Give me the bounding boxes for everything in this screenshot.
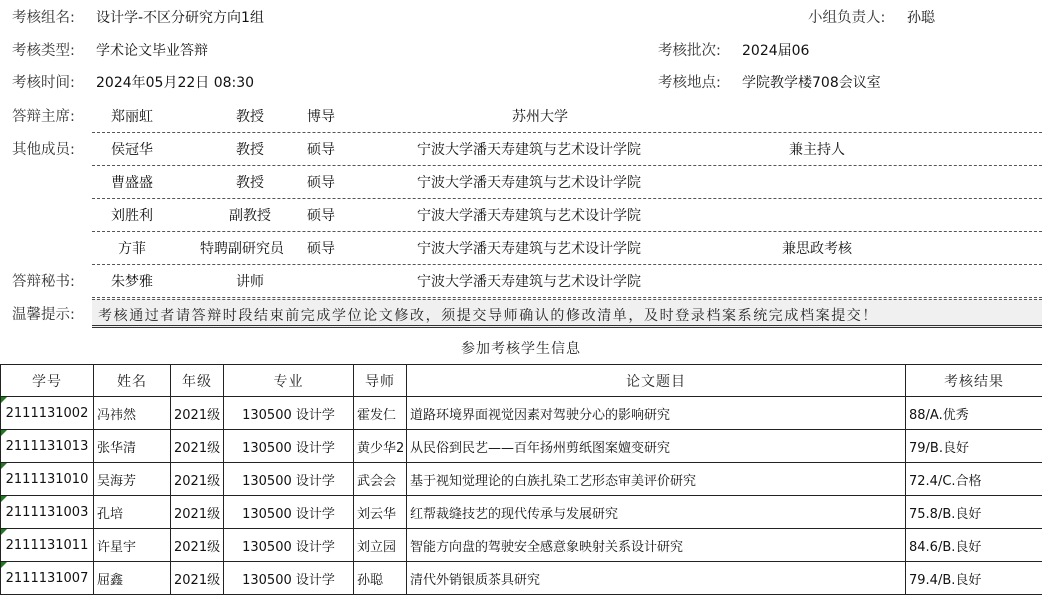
type-value: 学术论文毕业答辩 [96, 41, 208, 61]
batch-value: 2024届06 [742, 41, 809, 61]
cell-marker-icon [1, 496, 7, 502]
group-name-value: 设计学-不区分研究方向1组 [96, 8, 264, 28]
time-value: 2024年05月22日 08:30 [96, 73, 254, 93]
member-org: 宁波大学潘天寿建筑与艺术设计学院 [417, 238, 677, 258]
cell-student-id[interactable]: 2111131002 [1, 397, 94, 430]
col-header-advisor: 导师 [354, 365, 407, 397]
type-label: 考核类型: [12, 41, 75, 61]
cell-grade[interactable]: 2021级 [171, 496, 224, 529]
member-supervisor: 硕导 [307, 139, 367, 159]
member-supervisor: 硕导 [307, 172, 367, 192]
cell-marker-icon [1, 463, 7, 469]
cell-major[interactable]: 130500 设计学 [224, 496, 354, 529]
cell-major[interactable]: 130500 设计学 [224, 562, 354, 595]
student-id: 2111131011 [6, 538, 89, 553]
member-title: 特聘副研究员 [177, 238, 307, 258]
cell-result[interactable]: 75.8/B.良好 [906, 496, 1042, 529]
member-name: 朱梦雅 [92, 271, 172, 291]
cell-marker-icon [1, 397, 7, 403]
cell-student-name[interactable]: 冯祎然 [94, 397, 171, 430]
student-id: 2111131010 [6, 472, 89, 487]
col-header-name: 姓名 [94, 365, 171, 397]
member-name: 刘胜利 [92, 205, 172, 225]
member-title: 教授 [190, 106, 310, 126]
member-org: 宁波大学潘天寿建筑与艺术设计学院 [417, 205, 677, 225]
cell-student-name[interactable]: 吴海芳 [94, 463, 171, 496]
committee-row-member: 侯冠华 教授 硕导 宁波大学潘天寿建筑与艺术设计学院 兼主持人 [92, 133, 1042, 166]
member-supervisor: 博导 [307, 106, 367, 126]
col-header-id: 学号 [1, 365, 94, 397]
committee-row-secretary: 朱梦雅 讲师 宁波大学潘天寿建筑与艺术设计学院 [92, 265, 1042, 298]
col-header-result: 考核结果 [906, 365, 1042, 397]
cell-student-id[interactable]: 2111131011 [1, 529, 94, 562]
cell-grade[interactable]: 2021级 [171, 430, 224, 463]
cell-thesis[interactable]: 基于视知觉理论的白族扎染工艺形态审美评价研究 [407, 463, 906, 496]
cell-marker-icon [1, 529, 7, 535]
committee-row-member: 刘胜利 副教授 硕导 宁波大学潘天寿建筑与艺术设计学院 [92, 199, 1042, 232]
leader-value: 孙聪 [907, 8, 935, 28]
cell-result[interactable]: 88/A.优秀 [906, 397, 1042, 430]
students-table: 学号 姓名 年级 专业 导师 论文题目 考核结果 2111131002 冯祎然 … [0, 364, 1042, 595]
student-id: 2111131003 [6, 505, 89, 520]
cell-advisor[interactable]: 黄少华2 [354, 430, 407, 463]
cell-advisor[interactable]: 孙聪 [354, 562, 407, 595]
student-id: 2111131002 [6, 406, 89, 421]
group-name-label: 考核组名: [12, 8, 75, 28]
col-header-thesis: 论文题目 [407, 365, 906, 397]
cell-major[interactable]: 130500 设计学 [224, 463, 354, 496]
member-name: 方菲 [92, 238, 172, 258]
cell-grade[interactable]: 2021级 [171, 529, 224, 562]
location-value: 学院教学楼708会议室 [742, 73, 881, 93]
table-row: 2111131002 冯祎然 2021级 130500 设计学 霍发仁 道路环境… [1, 397, 1042, 430]
table-row: 2111131013 张华清 2021级 130500 设计学 黄少华2 从民俗… [1, 430, 1042, 463]
cell-student-id[interactable]: 2111131010 [1, 463, 94, 496]
member-note: 兼思政考核 [782, 238, 932, 258]
cell-student-name[interactable]: 屈鑫 [94, 562, 171, 595]
students-section-title: 参加考核学生信息 [0, 338, 1042, 358]
member-name: 郑丽虹 [92, 106, 172, 126]
cell-student-name[interactable]: 许星宇 [94, 529, 171, 562]
student-id: 2111131013 [6, 439, 89, 454]
member-title: 教授 [190, 139, 310, 159]
cell-major[interactable]: 130500 设计学 [224, 430, 354, 463]
cell-thesis[interactable]: 道路环境界面视觉因素对驾驶分心的影响研究 [407, 397, 906, 430]
table-row: 2111131010 吴海芳 2021级 130500 设计学 武会会 基于视知… [1, 463, 1042, 496]
member-title: 讲师 [190, 271, 310, 291]
table-row: 2111131011 许星宇 2021级 130500 设计学 刘立园 智能方向… [1, 529, 1042, 562]
cell-advisor[interactable]: 武会会 [354, 463, 407, 496]
committee-row-chair: 郑丽虹 教授 博导 苏州大学 [92, 100, 1042, 133]
cell-thesis[interactable]: 清代外销银质茶具研究 [407, 562, 906, 595]
leader-label: 小组负责人: [808, 8, 885, 28]
cell-student-name[interactable]: 孔培 [94, 496, 171, 529]
cell-advisor[interactable]: 刘立园 [354, 529, 407, 562]
student-id: 2111131007 [6, 571, 89, 586]
member-title: 教授 [190, 172, 310, 192]
member-org: 苏州大学 [512, 106, 772, 126]
notice-text: 考核通过者请答辩时段结束前完成学位论文修改，须提交导师确认的修改清单，及时登录档… [92, 299, 1042, 328]
batch-label: 考核批次: [658, 41, 721, 61]
cell-student-id[interactable]: 2111131003 [1, 496, 94, 529]
cell-student-id[interactable]: 2111131013 [1, 430, 94, 463]
cell-major[interactable]: 130500 设计学 [224, 529, 354, 562]
cell-result[interactable]: 84.6/B.良好 [906, 529, 1042, 562]
cell-advisor[interactable]: 刘云华 [354, 496, 407, 529]
member-org: 宁波大学潘天寿建筑与艺术设计学院 [417, 271, 677, 291]
member-supervisor: 硕导 [307, 205, 367, 225]
col-header-major: 专业 [224, 365, 354, 397]
cell-grade[interactable]: 2021级 [171, 463, 224, 496]
committee-row-member: 方菲 特聘副研究员 硕导 宁波大学潘天寿建筑与艺术设计学院 兼思政考核 [92, 232, 1042, 265]
cell-result[interactable]: 79/B.良好 [906, 430, 1042, 463]
cell-result[interactable]: 72.4/C.合格 [906, 463, 1042, 496]
committee-row-member: 曹盛盛 教授 硕导 宁波大学潘天寿建筑与艺术设计学院 [92, 166, 1042, 199]
cell-marker-icon [1, 562, 7, 568]
cell-major[interactable]: 130500 设计学 [224, 397, 354, 430]
cell-marker-icon [1, 430, 7, 436]
cell-grade[interactable]: 2021级 [171, 397, 224, 430]
cell-thesis[interactable]: 智能方向盘的驾驶安全感意象映射关系设计研究 [407, 529, 906, 562]
notice-label: 温馨提示: [12, 305, 75, 325]
member-name: 曹盛盛 [92, 172, 172, 192]
col-header-grade: 年级 [171, 365, 224, 397]
member-supervisor: 硕导 [307, 238, 367, 258]
cell-grade[interactable]: 2021级 [171, 562, 224, 595]
cell-thesis[interactable]: 从民俗到民艺——百年扬州剪纸图案嬗变研究 [407, 430, 906, 463]
secretary-label: 答辩秘书: [12, 272, 75, 292]
cell-student-name[interactable]: 张华清 [94, 430, 171, 463]
table-row: 2111131003 孔培 2021级 130500 设计学 刘云华 红帮裁缝技… [1, 496, 1042, 529]
cell-result[interactable]: 79.4/B.良好 [906, 562, 1042, 595]
cell-student-id[interactable]: 2111131007 [1, 562, 94, 595]
member-title: 副教授 [190, 205, 310, 225]
chair-label: 答辩主席: [12, 107, 75, 127]
cell-thesis[interactable]: 红帮裁缝技艺的现代传承与发展研究 [407, 496, 906, 529]
cell-advisor[interactable]: 霍发仁 [354, 397, 407, 430]
members-label: 其他成员: [12, 140, 75, 160]
member-org: 宁波大学潘天寿建筑与艺术设计学院 [417, 139, 677, 159]
table-row: 2111131007 屈鑫 2021级 130500 设计学 孙聪 清代外销银质… [1, 562, 1042, 595]
member-org: 宁波大学潘天寿建筑与艺术设计学院 [417, 172, 677, 192]
member-name: 侯冠华 [92, 139, 172, 159]
location-label: 考核地点: [658, 73, 721, 93]
table-header-row: 学号 姓名 年级 专业 导师 论文题目 考核结果 [1, 365, 1042, 397]
member-note: 兼主持人 [789, 139, 939, 159]
time-label: 考核时间: [12, 73, 75, 93]
